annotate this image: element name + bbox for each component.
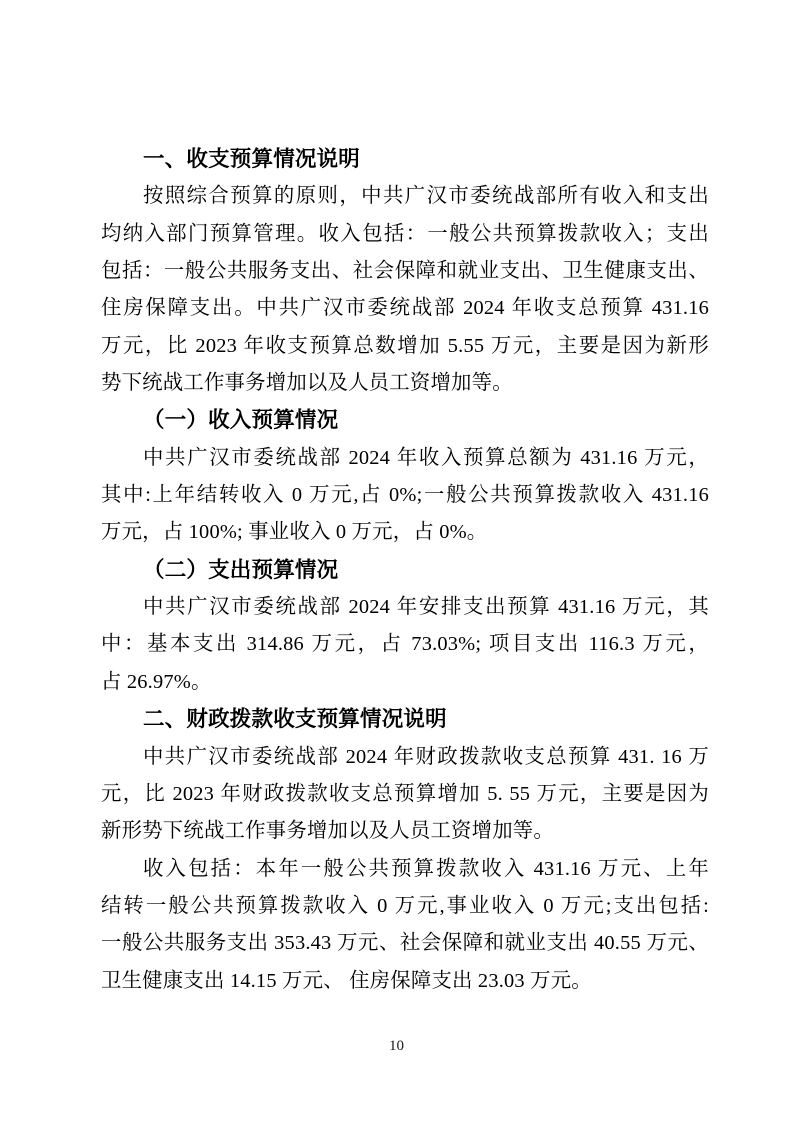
text-content: 一、收支预算情况说明按照综合预算的原则，中共广汉市委统战部所有收入和支出均纳入部… bbox=[101, 141, 709, 1000]
text-line: 其中:上年结转收入 0 万元,占 0%;一般公共预算拨款收入 431.16 bbox=[101, 477, 709, 514]
section-heading-1-2: （二）支出预算情况 bbox=[101, 552, 709, 589]
text-line: 中共广汉市委统战部 2024 年收入预算总额为 431.16 万元， bbox=[101, 440, 709, 477]
page-number: 10 bbox=[0, 1036, 793, 1056]
section-heading-1-1: （一）收入预算情况 bbox=[101, 402, 709, 439]
document-page: 一、收支预算情况说明按照综合预算的原则，中共广汉市委统战部所有收入和支出均纳入部… bbox=[0, 0, 793, 1122]
text-line: 按照综合预算的原则，中共广汉市委统战部所有收入和支出 bbox=[101, 178, 709, 215]
text-line: 结转一般公共预算拨款收入 0 万元,事业收入 0 万元;支出包括: bbox=[101, 888, 709, 925]
section-heading-1: 一、收支预算情况说明 bbox=[101, 141, 709, 178]
text-line: 包括：一般公共服务支出、社会保障和就业支出、卫生健康支出、 bbox=[101, 253, 709, 290]
text-line: 一般公共服务支出 353.43 万元、社会保障和就业支出 40.55 万元、 bbox=[101, 925, 709, 962]
text-line: 中：基本支出 314.86 万元，占 73.03%; 项目支出 116.3 万元… bbox=[101, 626, 709, 663]
text-line: 元，比 2023 年财政拨款收支总预算增加 5. 55 万元，主要是因为 bbox=[101, 776, 709, 813]
text-line: 新形势下统战工作事务增加以及人员工资增加等。 bbox=[101, 813, 709, 850]
text-line: 占 26.97%。 bbox=[101, 664, 709, 701]
text-line: 卫生健康支出 14.15 万元、 住房保障支出 23.03 万元。 bbox=[101, 963, 709, 1000]
text-line: 住房保障支出。中共广汉市委统战部 2024 年收支总预算 431.16 bbox=[101, 290, 709, 327]
text-line: 势下统战工作事务增加以及人员工资增加等。 bbox=[101, 365, 709, 402]
text-line: 中共广汉市委统战部 2024 年安排支出预算 431.16 万元，其 bbox=[101, 589, 709, 626]
text-line: 中共广汉市委统战部 2024 年财政拨款收支总预算 431. 16 万 bbox=[101, 739, 709, 776]
text-line: 万元，占 100%; 事业收入 0 万元，占 0%。 bbox=[101, 514, 709, 551]
text-line: 均纳入部门预算管理。收入包括：一般公共预算拨款收入；支出 bbox=[101, 216, 709, 253]
text-line: 万元，比 2023 年收支预算总数增加 5.55 万元，主要是因为新形 bbox=[101, 328, 709, 365]
section-heading-2: 二、财政拨款收支预算情况说明 bbox=[101, 701, 709, 738]
text-line: 收入包括：本年一般公共预算拨款收入 431.16 万元、上年 bbox=[101, 851, 709, 888]
